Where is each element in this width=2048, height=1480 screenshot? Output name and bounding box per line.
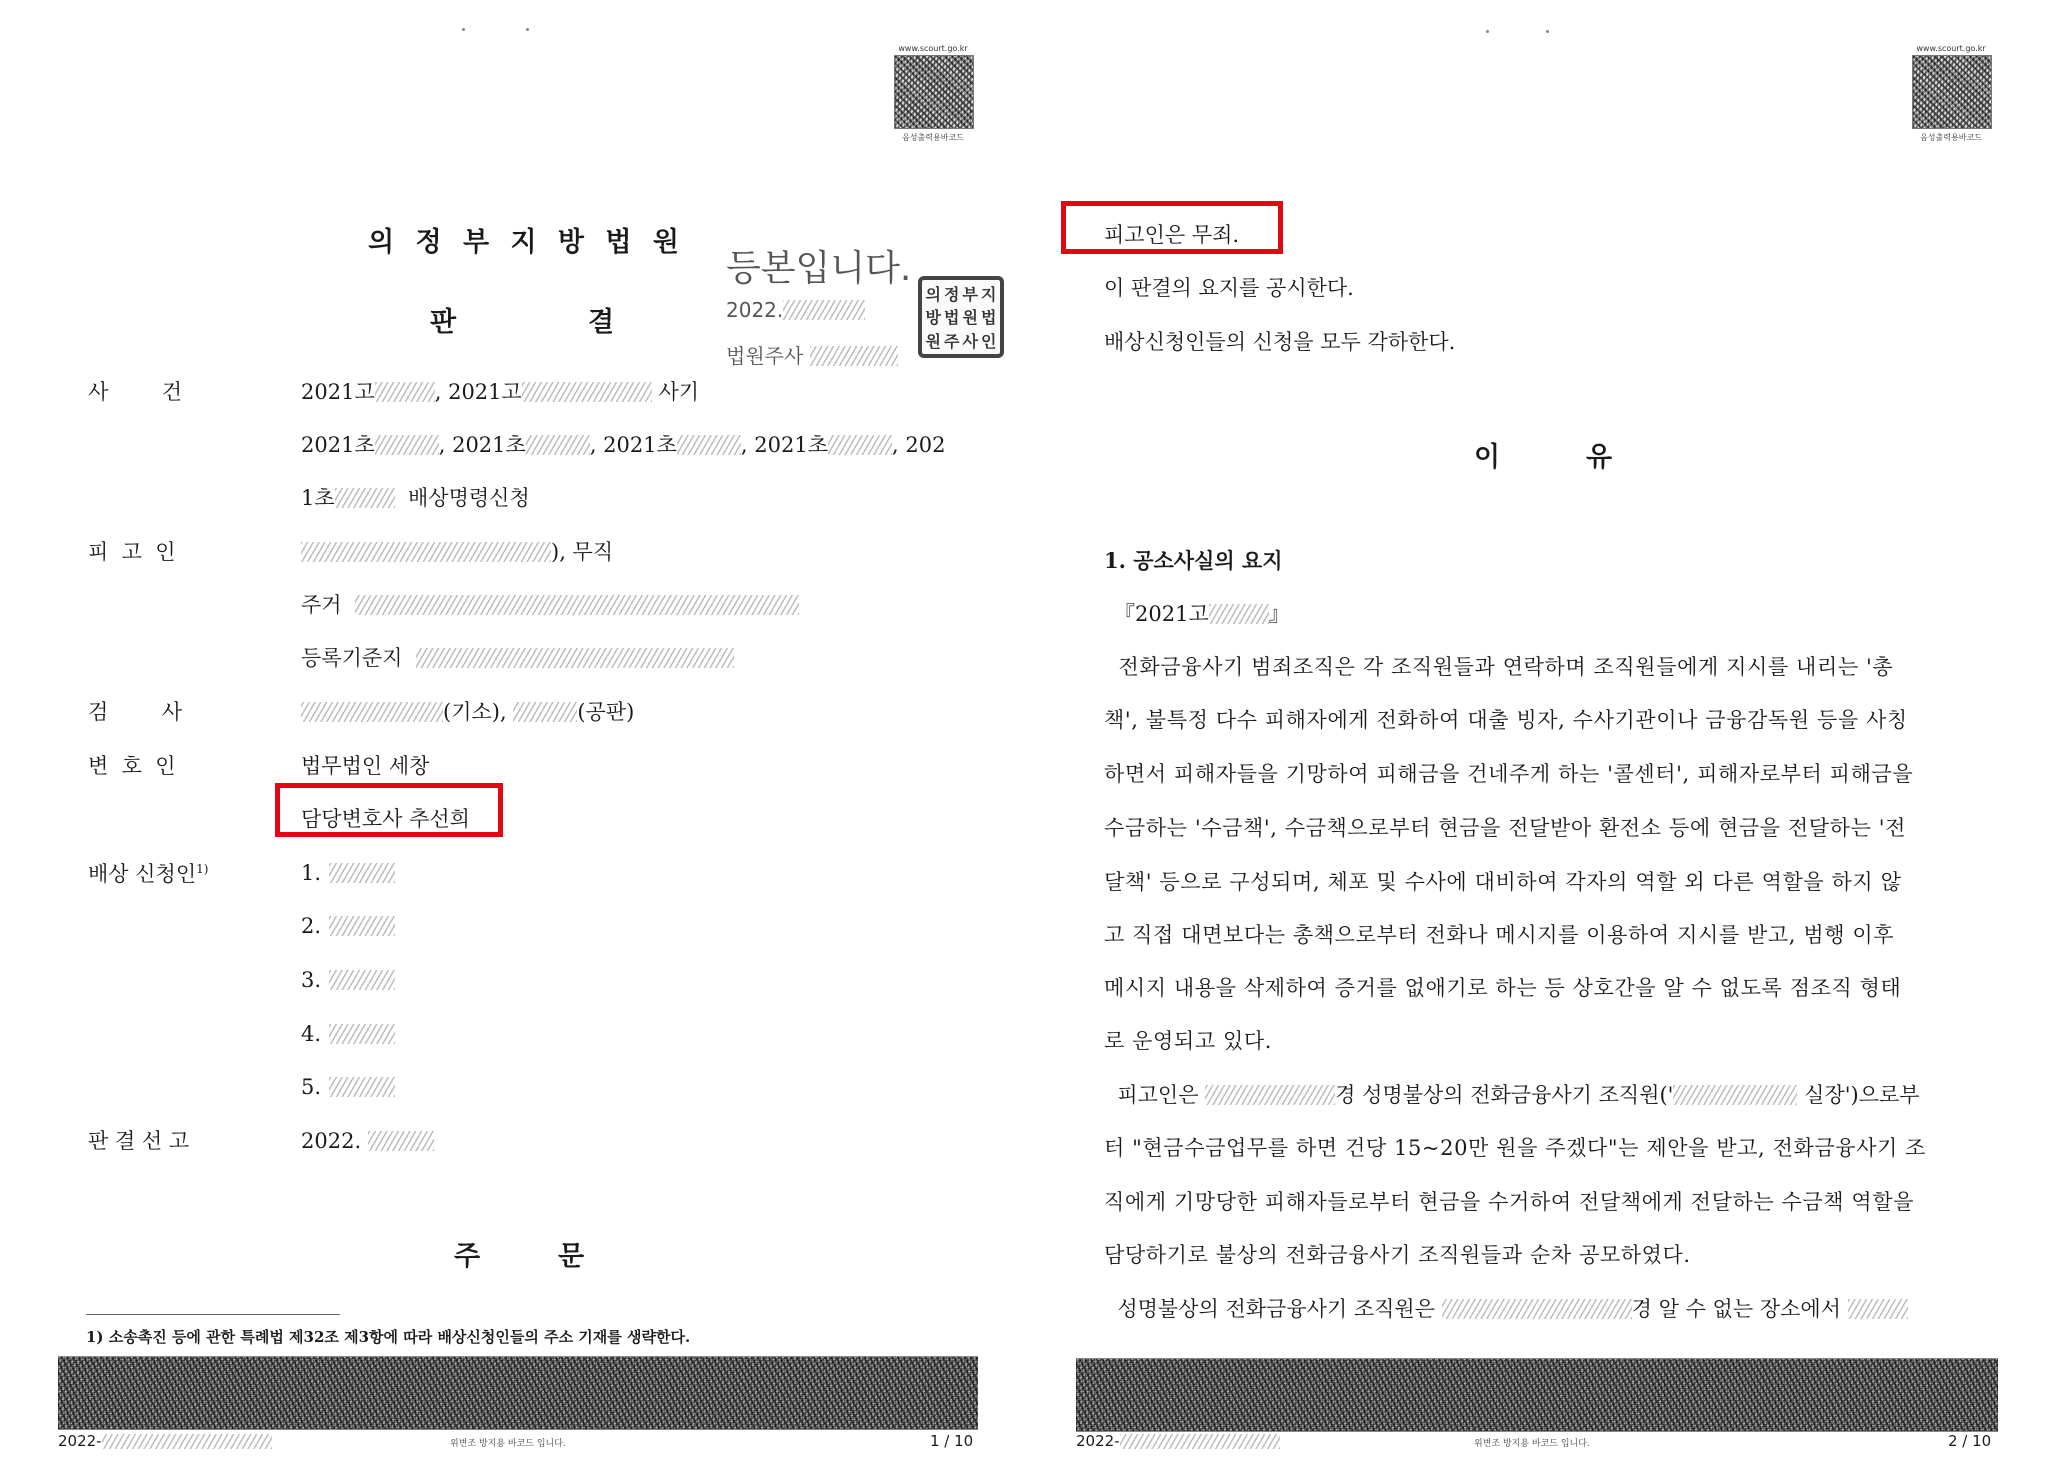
redacted-residence	[355, 595, 799, 615]
seal-char: 원	[961, 305, 980, 328]
qr-code-icon	[1912, 55, 1992, 129]
case-numbers-line-3: 1초 배상명령신청	[301, 488, 530, 509]
field-label-defendant: 피 고 인	[88, 542, 176, 563]
field-label-prosecutor: 검 사	[88, 702, 182, 723]
redacted-date	[368, 1131, 434, 1151]
field-label-counsel: 변 호 인	[88, 756, 176, 777]
redacted-applicant-name	[329, 1077, 395, 1097]
anti-forgery-barcode	[1076, 1358, 1998, 1432]
footer-page-number: 1 / 10	[930, 1432, 973, 1450]
seal-char: 정	[943, 282, 962, 305]
applicant-item: 4.	[301, 1024, 395, 1045]
redacted-doc-id	[102, 1434, 272, 1449]
doc-id-prefix: 2022-	[58, 1432, 102, 1450]
highlight-box-verdict	[1061, 201, 1283, 254]
redacted-name	[1673, 1085, 1797, 1105]
seal-char: 인	[980, 329, 999, 352]
text: 경 알 수 없는 장소에서	[1632, 1297, 1848, 1321]
scan-artifact	[526, 28, 529, 31]
qr-url: www.scourt.go.kr	[1912, 44, 1990, 53]
text: 경 성명불상의 전화금융사기 조직원('	[1335, 1083, 1673, 1107]
prosecutor-info: (기소), (공판)	[301, 702, 634, 723]
redacted-prosecutor	[301, 702, 443, 722]
applicant-item: 5.	[301, 1077, 395, 1098]
footer-doc-id: 2022-	[58, 1432, 272, 1450]
redacted-location	[1848, 1299, 1908, 1319]
seal-char: 지	[980, 282, 999, 305]
certified-copy-title: 등본입니다.	[726, 240, 911, 291]
court-name: 의 정 부 지 방 법 원	[368, 220, 685, 259]
highlight-box-attorney	[275, 783, 503, 837]
qr-code: www.scourt.go.kr 음성출력용바코드	[894, 44, 972, 143]
applicant-item: 1.	[301, 863, 395, 884]
redacted-clerk-name	[810, 346, 898, 366]
prosecutor-trial: (공판)	[577, 700, 634, 724]
redacted-date	[783, 300, 865, 320]
redacted-case-no	[1209, 604, 1269, 624]
seal-char: 부	[961, 282, 980, 305]
case-no: , 202	[892, 433, 945, 457]
section-heading-indictment-summary: 1. 공소사실의 요지	[1104, 550, 1283, 571]
defendant-registry: 등록기준지	[301, 648, 734, 669]
scan-artifact	[1486, 30, 1489, 33]
applicant-number: 3.	[301, 968, 321, 992]
footer-page-number: 2 / 10	[1948, 1432, 1991, 1450]
case-no: 1초	[301, 486, 335, 510]
seal-char: 의	[924, 282, 943, 305]
judgment-page-2: www.scourt.go.kr 음성출력용바코드 피고인은 무죄. 이 판결의…	[1024, 0, 2048, 1480]
scan-artifact	[462, 28, 465, 31]
defendant-info: ), 무직	[301, 542, 613, 563]
sentencing-date: 2022.	[301, 1131, 434, 1152]
redacted-applicant-name	[329, 1024, 395, 1044]
qr-url: www.scourt.go.kr	[894, 44, 972, 53]
text: 실장')으로부	[1797, 1083, 1919, 1107]
qr-caption: 음성출력용바코드	[1912, 132, 1990, 143]
case-no: , 2021초	[590, 433, 677, 457]
field-label-sentencing: 판 결 선 고	[88, 1131, 189, 1152]
order-line-publish: 이 판결의 요지를 공시한다.	[1104, 278, 1354, 299]
paragraph-line: 담당하기로 불상의 전화금융사기 조직원들과 순차 공모하였다.	[1104, 1245, 1691, 1266]
case-name: 사기	[652, 380, 699, 404]
sentencing-value: 2022.	[301, 1129, 361, 1153]
qr-caption: 음성출력용바코드	[894, 132, 972, 143]
redacted-applicant-name	[329, 863, 395, 883]
paragraph-line: 터 "현금수금업무를 하면 건당 15~20만 원을 주겠다"는 제안을 받고,…	[1104, 1138, 1926, 1159]
seal-char: 법	[943, 305, 962, 328]
scan-artifact	[1546, 30, 1549, 33]
case-no: , 2021초	[741, 433, 828, 457]
applicant-item: 2.	[301, 916, 395, 937]
case-no: 2021고	[301, 380, 375, 404]
case-name: 배상명령신청	[408, 486, 530, 510]
registry-label: 등록기준지	[301, 646, 402, 670]
case-ref-open: 『2021고	[1114, 602, 1209, 626]
redacted-case-no	[335, 488, 395, 508]
prosecutor-indict: (기소),	[443, 700, 507, 724]
paragraph-line: 메시지 내용을 삭제하여 증거를 없애기로 하는 등 상호간을 알 수 없도록 …	[1104, 978, 1901, 999]
defendant-residence: 주거	[301, 595, 799, 616]
paragraph-line: 책', 불특정 다수 피해자에게 전화하여 대출 빙자, 수사기관이나 금융감독…	[1104, 710, 1908, 731]
redacted-applicant-name	[329, 970, 395, 990]
judgment-page-1: www.scourt.go.kr 음성출력용바코드 의 정 부 지 방 법 원 …	[0, 0, 1024, 1480]
redacted-defendant-name	[301, 542, 551, 562]
seal-char: 원	[924, 329, 943, 352]
case-numbers-line-2: 2021초, 2021초, 2021초, 2021초, 202	[301, 435, 945, 456]
footnote-text: 1) 소송촉진 등에 관한 특례법 제32조 제3항에 따라 배상신청인들의 주…	[86, 1326, 690, 1347]
reasons-title-left: 이	[1474, 435, 1500, 474]
order-line-dismiss: 배상신청인들의 신청을 모두 각하한다.	[1104, 332, 1455, 353]
seal-char: 주	[943, 329, 962, 352]
certified-copy-date: 2022.	[726, 298, 865, 322]
certified-date-prefix: 2022.	[726, 298, 783, 322]
reasons-title-right: 유	[1586, 435, 1612, 474]
redacted-case-no	[828, 435, 892, 455]
qr-code: www.scourt.go.kr 음성출력용바코드	[1912, 44, 1990, 143]
paragraph-line: 고 직접 대면보다는 총책으로부터 전화나 메시지를 이용하여 지시를 받고, …	[1104, 925, 1894, 946]
text: 피고인은	[1104, 1083, 1205, 1107]
redacted-date	[1442, 1299, 1632, 1319]
case-ref-close: 』	[1269, 602, 1290, 626]
residence-label: 주거	[301, 593, 342, 617]
doc-id-prefix: 2022-	[1076, 1432, 1120, 1450]
paragraph-line: 직에게 기망당한 피해자들로부터 현금을 수거하여 전달책에게 전달하는 수금책…	[1104, 1192, 1914, 1213]
paragraph-line: 달책' 등으로 구성되며, 체포 및 수사에 대비하여 각자의 역할 외 다른 …	[1104, 872, 1901, 893]
case-numbers-line-1: 2021고, 2021고 사기	[301, 382, 699, 403]
paragraph-line: 수금하는 '수금책', 수금책으로부터 현금을 전달받아 환전소 등에 현금을 …	[1104, 818, 1906, 839]
redacted-prosecutor	[513, 702, 577, 722]
court-clerk: 법원주사	[726, 340, 898, 369]
redacted-case-no	[375, 435, 439, 455]
paragraph-line: 전화금융사기 범죄조직은 각 조직원들과 연락하며 조직원들에게 지시를 내리는…	[1104, 657, 1893, 678]
paragraph-organization-line-1: 성명불상의 전화금융사기 조직원은 경 알 수 없는 장소에서	[1104, 1299, 1908, 1320]
footer-barcode-caption: 위변조 방지용 바코드 입니다.	[1474, 1436, 1590, 1449]
redacted-doc-id	[1120, 1434, 1280, 1449]
applicants-label: 배상 신청인	[88, 862, 196, 886]
clerk-label: 법원주사	[726, 344, 803, 368]
redacted-registry	[416, 648, 734, 668]
case-no: , 2021고	[435, 380, 522, 404]
field-label-case: 사 건	[88, 382, 182, 403]
defendant-occupation: ), 무직	[551, 540, 613, 564]
text: 성명불상의 전화금융사기 조직원은	[1104, 1297, 1442, 1321]
seal-char: 사	[961, 329, 980, 352]
qr-code-icon	[894, 55, 974, 129]
redacted-date	[1205, 1085, 1335, 1105]
redacted-case-no	[677, 435, 741, 455]
paragraph-line: 하면서 피해자들을 기망하여 피해금을 건네주게 하는 '콜센터', 피해자로부…	[1104, 764, 1913, 785]
applicant-item: 3.	[301, 970, 395, 991]
redacted-case-no	[522, 382, 652, 402]
section-title-left: 주	[454, 1234, 480, 1273]
applicant-number: 1.	[301, 861, 321, 885]
applicant-number: 5.	[301, 1075, 321, 1099]
doc-type-right: 결	[588, 300, 614, 339]
redacted-applicant-name	[329, 916, 395, 936]
footnote-ref: 1)	[196, 862, 208, 876]
redacted-case-no	[526, 435, 590, 455]
section-title-right: 문	[558, 1234, 584, 1273]
seal-char: 방	[924, 305, 943, 328]
doc-type-left: 판	[430, 300, 456, 339]
footer-barcode-caption: 위변조 방지용 바코드 입니다.	[450, 1436, 566, 1449]
footer-doc-id: 2022-	[1076, 1432, 1280, 1450]
court-seal-stamp: 의정부지방법원법원주사인	[918, 276, 1004, 358]
applicant-number: 4.	[301, 1022, 321, 1046]
paragraph-defendant-line-1: 피고인은 경 성명불상의 전화금융사기 조직원(' 실장')으로부	[1104, 1085, 1920, 1106]
case-reference: 『2021고』	[1114, 604, 1290, 625]
footnote-divider	[86, 1314, 340, 1315]
anti-forgery-barcode	[58, 1356, 978, 1430]
case-no: , 2021초	[439, 433, 526, 457]
seal-char: 법	[980, 305, 999, 328]
paragraph-line: 로 운영되고 있다.	[1104, 1031, 1272, 1052]
counsel-firm: 법무법인 세창	[301, 756, 429, 777]
redacted-case-no	[375, 382, 435, 402]
field-label-applicants: 배상 신청인1)	[88, 863, 208, 885]
applicant-number: 2.	[301, 914, 321, 938]
case-no: 2021초	[301, 433, 375, 457]
